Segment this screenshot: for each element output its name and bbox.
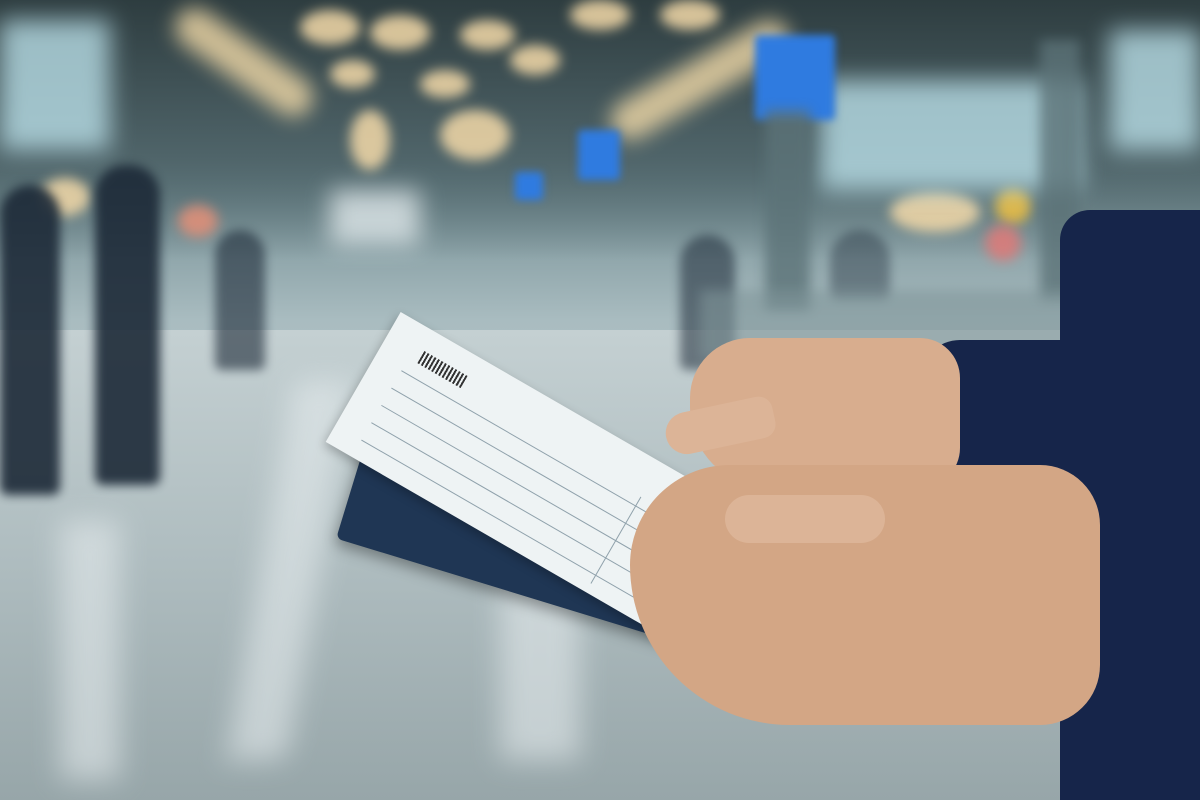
ceiling-light (995, 188, 1031, 224)
ceiling-light (300, 10, 360, 45)
ceiling-light (420, 70, 470, 98)
ceiling-light (350, 110, 390, 170)
terminal-window (0, 20, 110, 150)
ceiling-light (570, 0, 630, 30)
overhead-sign (578, 130, 620, 180)
floor-reflection (60, 520, 120, 780)
ceiling-light (890, 192, 980, 232)
ceiling-light (460, 20, 515, 50)
terminal-pillar (765, 110, 810, 310)
ceiling-light (178, 205, 218, 237)
overhead-sign (755, 35, 835, 120)
blurred-traveler (215, 230, 265, 370)
ceiling-light (660, 0, 720, 30)
ceiling-light (330, 60, 375, 88)
ceiling-light (985, 225, 1021, 261)
ceiling-light (370, 15, 430, 50)
airport-photo: PSSBAL (0, 0, 1200, 800)
overhead-sign (515, 172, 543, 200)
lower-thumb (725, 495, 885, 543)
terminal-window (330, 190, 420, 245)
ceiling-light (510, 45, 560, 75)
blurred-traveler (0, 185, 60, 495)
terminal-window (1110, 30, 1200, 150)
ceiling-light (440, 110, 510, 160)
blurred-traveler (95, 165, 160, 485)
barcode-icon (417, 351, 467, 388)
